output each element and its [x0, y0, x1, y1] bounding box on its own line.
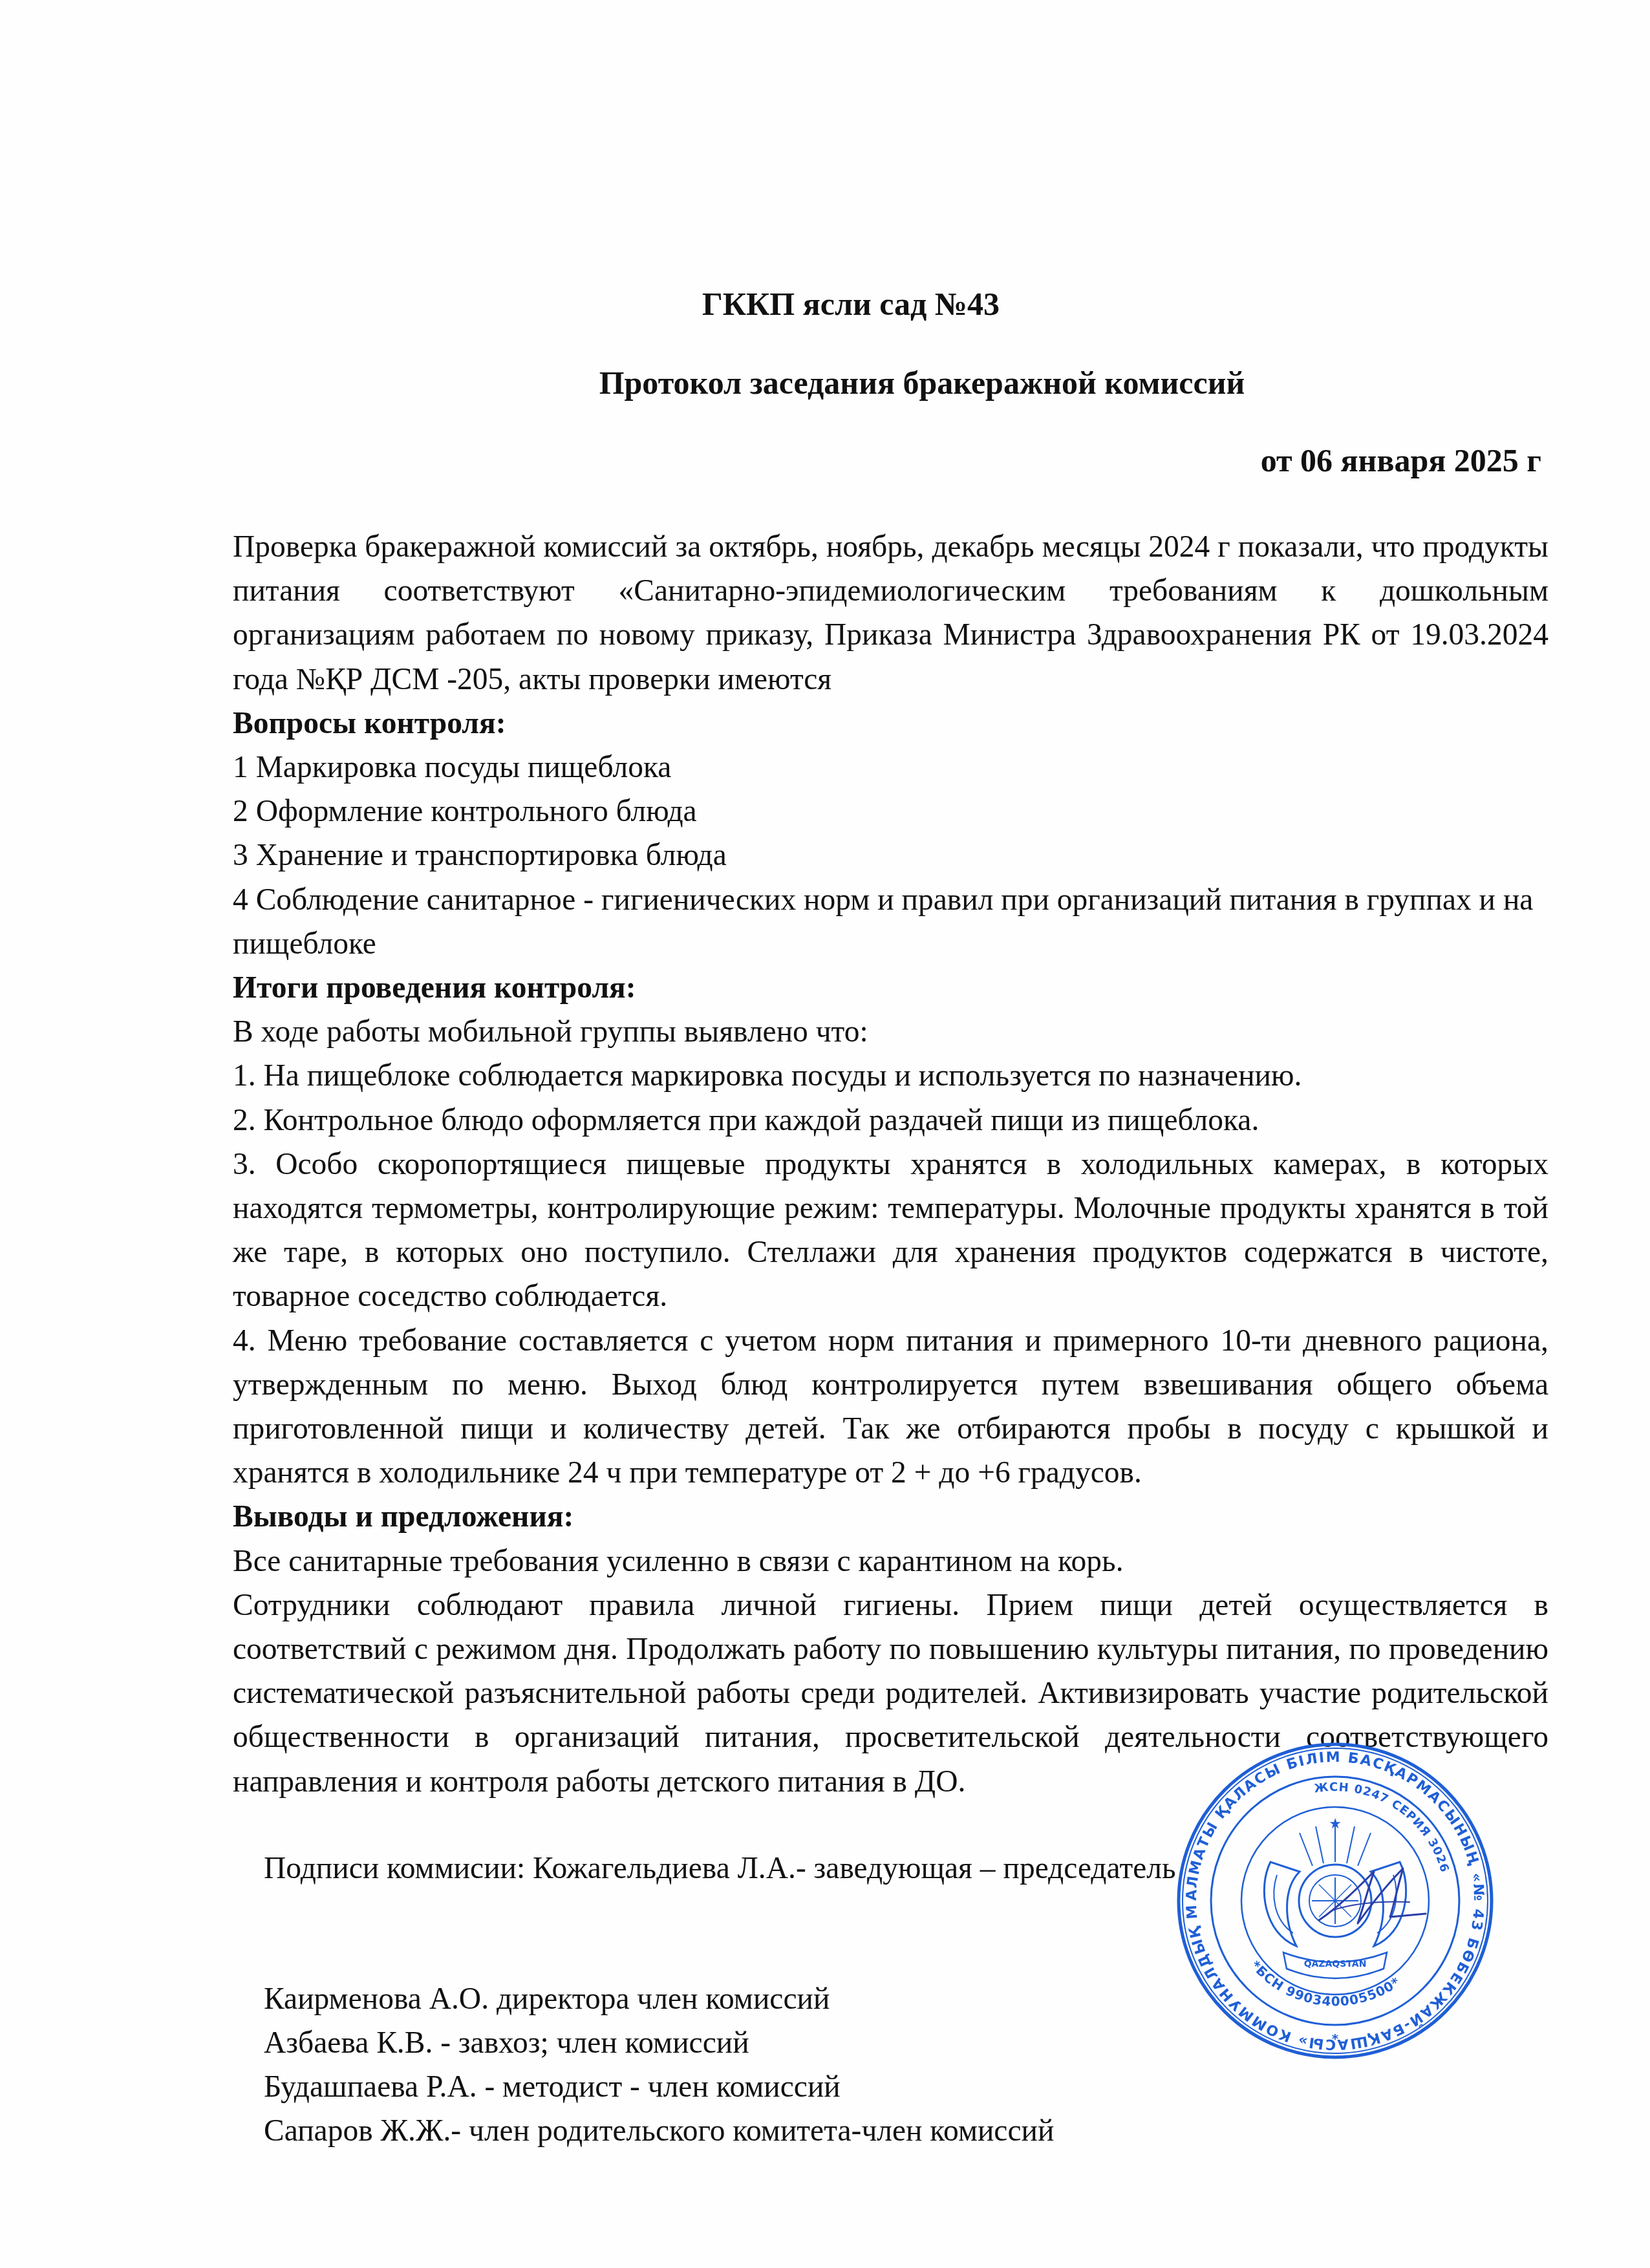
- control-question-item: 4 Соблюдение санитарное - гигиенических …: [233, 878, 1548, 966]
- handwritten-signature-icon: [1312, 1862, 1429, 1933]
- control-questions-heading: Вопросы контроля:: [233, 701, 1548, 745]
- control-question-item: 1 Маркировка посуды пищеблока: [233, 745, 1548, 789]
- signature-member: Будашпаева Р.А. - методист - член комисс…: [264, 2065, 1428, 2109]
- intro-paragraph: Проверка бракеражной комиссий за октябрь…: [233, 525, 1548, 701]
- control-results-heading: Итоги проведения контроля:: [233, 966, 1548, 1010]
- control-result-item: 3. Особо скоропортящиеся пищевые продукт…: [233, 1142, 1548, 1319]
- protocol-title: Протокол заседания бракеражной комиссий: [97, 363, 1650, 402]
- stamp-center-text: QAZAQSTAN: [1304, 1959, 1367, 1969]
- control-question-item: 2 Оформление контрольного блюда: [233, 789, 1548, 833]
- control-question-item: 3 Хранение и транспортировка блюда: [233, 833, 1548, 877]
- control-result-item: 4. Меню требование составляется с учетом…: [233, 1319, 1548, 1495]
- svg-text:★: ★: [1329, 1816, 1342, 1832]
- conclusions-line: Все санитарные требования усиленно в свя…: [233, 1539, 1548, 1583]
- document-page: ГККП ясли сад №43 Протокол заседания бра…: [0, 0, 1650, 2268]
- control-results-intro: В ходе работы мобильной группы выявлено …: [233, 1010, 1548, 1054]
- conclusions-heading: Выводы и предложения:: [233, 1495, 1548, 1539]
- signature-member: Сапаров Ж.Ж.- член родительского комитет…: [264, 2109, 1428, 2153]
- control-result-item: 1. На пищеблоке соблюдается маркировка п…: [233, 1054, 1548, 1098]
- organization-title: ГККП ясли сад №43: [26, 284, 1650, 323]
- protocol-date: от 06 января 2025 г: [1261, 441, 1541, 480]
- document-body: Проверка бракеражной комиссий за октябрь…: [233, 525, 1548, 1804]
- control-result-item: 2. Контрольное блюдо оформляется при каж…: [233, 1098, 1548, 1142]
- svg-text:*: *: [1332, 2031, 1339, 2046]
